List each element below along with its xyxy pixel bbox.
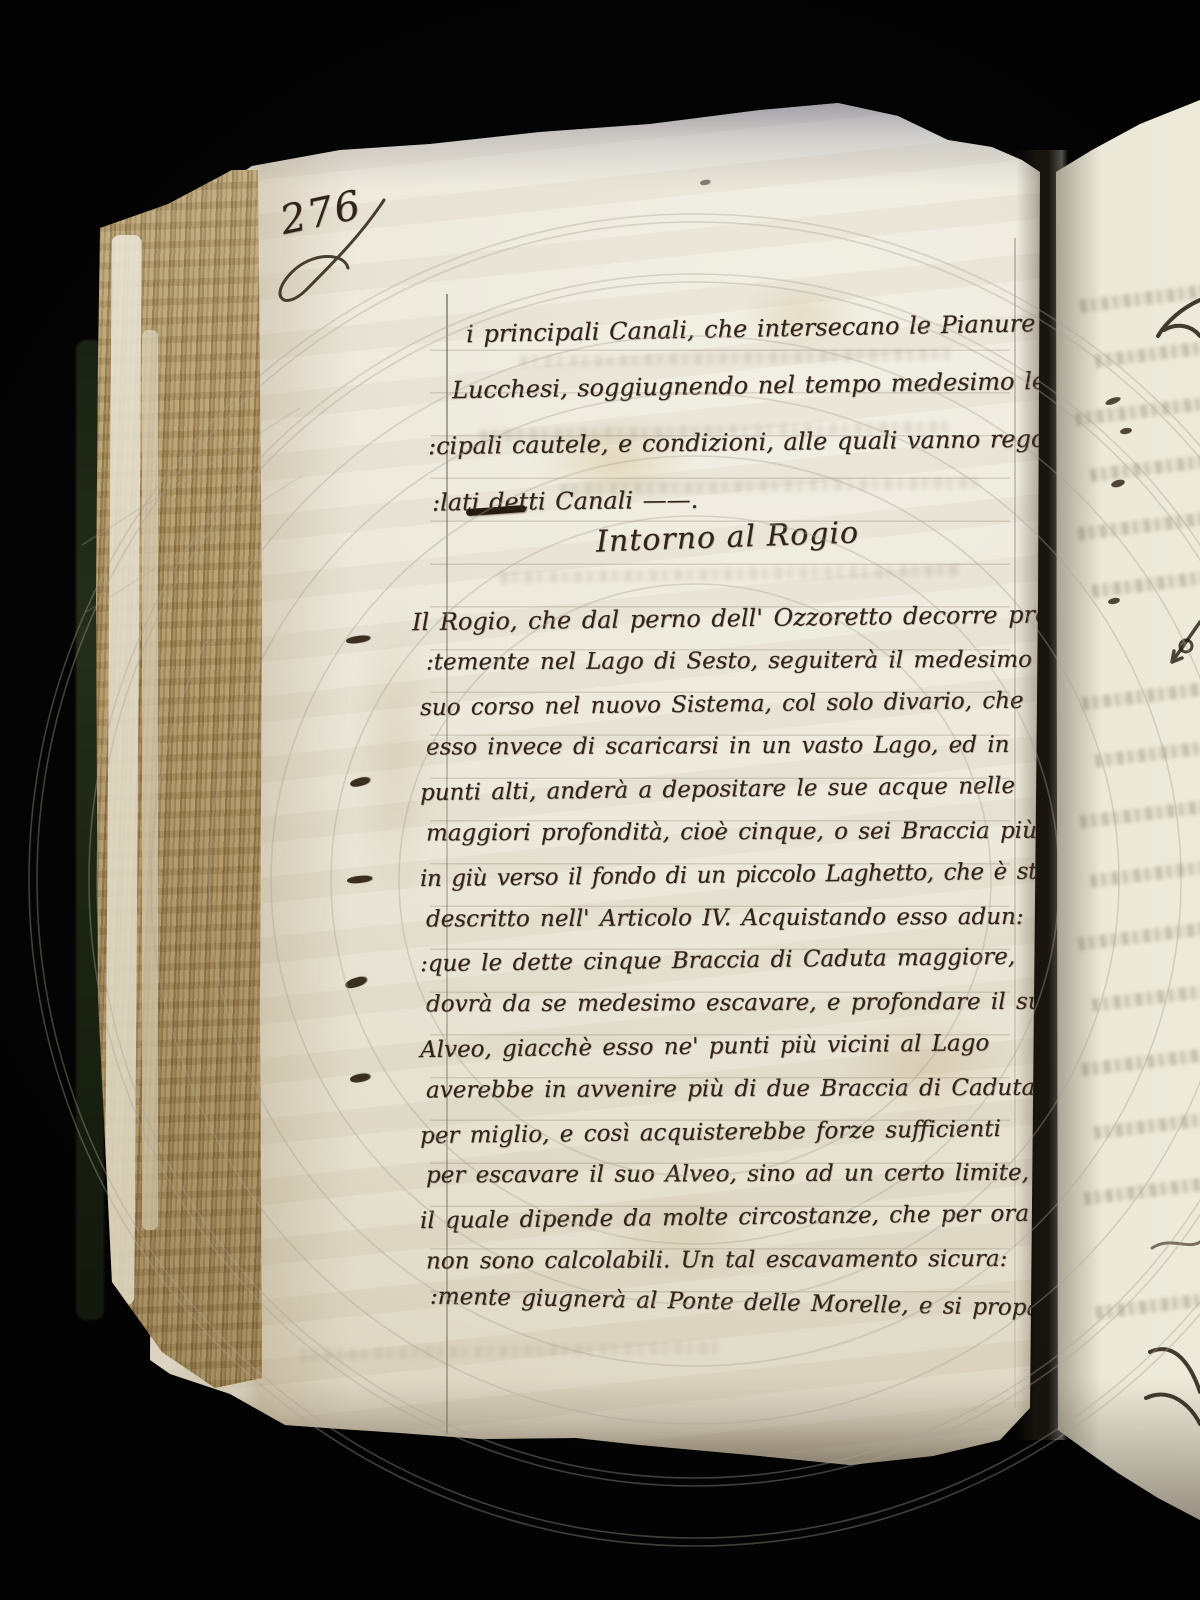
manuscript-line: :mente giugnerà al Ponte delle Morelle, … <box>430 1275 1100 1331</box>
manuscript-line: :lati detti Canali ——. <box>432 467 1114 531</box>
manuscript-line: averebbe in avvenire più di due Braccia … <box>426 1066 1099 1112</box>
manuscript-line: per escavare il suo Alveo, sino ad un ce… <box>426 1152 1099 1198</box>
manuscript-line: :que le dette cinque Braccia di Caduta m… <box>420 935 1100 986</box>
manuscript-line: dovrà da se medesimo escavare, e profond… <box>426 981 1099 1027</box>
manuscript-line: descritto nell' Articolo IV. Acquistando… <box>426 895 1099 941</box>
page-edge-sliver <box>142 330 158 1230</box>
manuscript-line: per miglio, e così acquisterebbe forze s… <box>420 1106 1100 1157</box>
manuscript-line: :cipali cautele, e condizioni, alle qual… <box>428 410 1114 475</box>
manuscript-line: non sono calcolabili. Un tal escavamento… <box>426 1237 1099 1283</box>
facing-bottom-shadow <box>1050 1380 1200 1530</box>
manuscript-line: :temente nel Lago di Sesto, seguiterà il… <box>426 638 1099 684</box>
manuscript-line: Il Rogio, che dal perno dell' Ozzoretto … <box>412 593 1100 644</box>
ink-speck <box>1108 597 1121 605</box>
paragraph-1: i principali Canali, che intersecano le … <box>452 300 1114 528</box>
manuscript-line: il quale dipende da molte circostanze, c… <box>420 1192 1100 1243</box>
left-edge-shading <box>250 150 360 1430</box>
manuscript-line: esso invece di scaricarsi in un vasto La… <box>426 724 1099 770</box>
paragraph-2: Il Rogio, che dal perno dell' Ozzoretto … <box>420 597 1099 1325</box>
manuscript-line: in giù verso il fondo di un piccolo Lagh… <box>420 850 1100 901</box>
manuscript-line: Lucchesi, soggiugnendo nel tempo medesim… <box>452 352 1114 419</box>
photograph-of-manuscript: 276 Intorno al Rogio i principali Canali… <box>0 0 1200 1600</box>
manuscript-line: suo corso nel nuovo Sistema, col solo di… <box>420 678 1100 729</box>
manuscript-line: Alveo, giacchè esso ne' punti più vicini… <box>420 1021 1100 1072</box>
manuscript-line: maggiori profondità, cioè cinque, o sei … <box>426 810 1099 856</box>
manuscript-line: punti alti, anderà a depositare le sue a… <box>420 764 1100 815</box>
ink-speck <box>1120 427 1133 435</box>
